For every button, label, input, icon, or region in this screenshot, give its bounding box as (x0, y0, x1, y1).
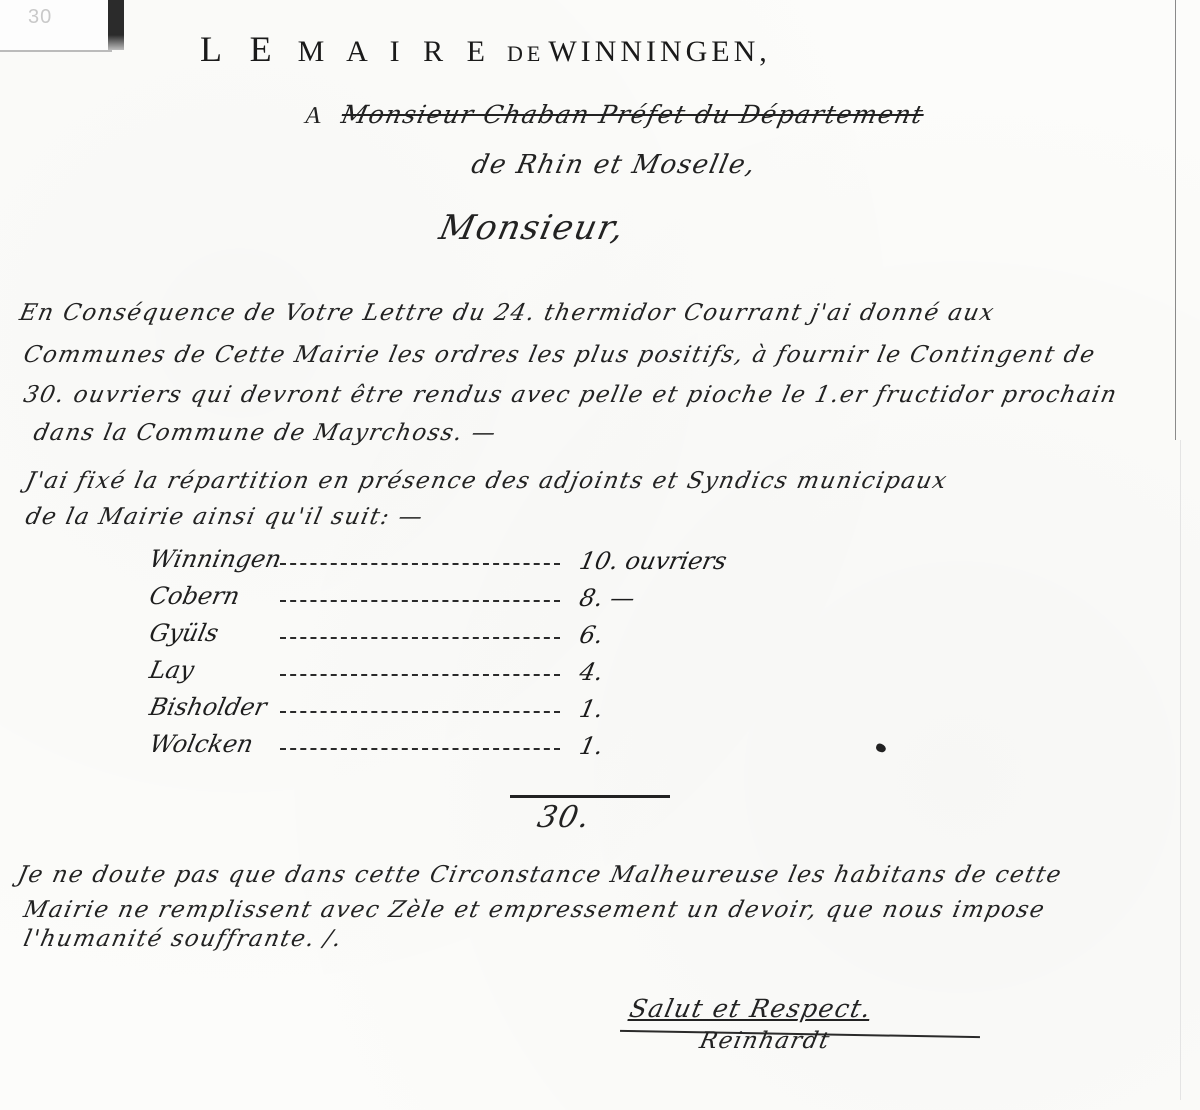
closing-formula: Salut et Respect. (627, 994, 875, 1023)
right-margin-line (1175, 0, 1176, 440)
address-line-1: AMonsieur Chaban Préfet du Département (302, 100, 927, 130)
body-line: dans la Commune de Mayrchoss. — (31, 420, 499, 446)
conclusion-line: Mairie ne remplissent avec Zèle et empre… (21, 897, 1048, 923)
commune-name: Wolcken (147, 730, 256, 758)
worker-count: 4. (577, 658, 606, 686)
document-page: 30 L E M A I R E DE WINNINGEN, AMonsieur… (0, 0, 1200, 1110)
ink-blot (875, 743, 887, 754)
worker-count: 10. ouvriers (577, 547, 729, 575)
address-prefix: A (302, 103, 326, 129)
leader-dashes (280, 637, 560, 639)
body-line: 30. ouvriers qui devront être rendus ave… (21, 382, 1120, 408)
commune-name: Gyüls (147, 619, 221, 647)
commune-name: Bisholder (147, 693, 269, 721)
letterhead-commune: WINNINGEN, (548, 35, 770, 68)
table-row: Gyüls 6. (150, 619, 750, 656)
table-row: Bisholder 1. (150, 693, 750, 730)
repartition-table: Winningen 10. ouvriers Cobern 8. — Gyüls… (150, 545, 750, 767)
worker-count: 8. — (577, 584, 637, 612)
leader-dashes (280, 674, 560, 676)
body-line: de la Mairie ainsi qu'il suit: — (23, 504, 426, 530)
salutation: Monsieur, (436, 208, 629, 248)
table-row: Cobern 8. — (150, 582, 750, 619)
body-line: Communes de Cette Mairie les ordres les … (21, 342, 1098, 368)
body-line: J'ai fixé la répartition en présence des… (23, 468, 950, 494)
letterhead: L E M A I R E DE WINNINGEN, (200, 28, 771, 70)
letterhead-maire: M A I R E (298, 35, 493, 68)
leader-dashes (280, 600, 560, 602)
leader-dashes (280, 711, 560, 713)
leader-dashes (280, 748, 560, 750)
address-line-2: de Rhin et Moselle, (469, 150, 759, 180)
total-count: 30. (534, 800, 594, 835)
table-row: Winningen 10. ouvriers (150, 545, 750, 582)
conclusion-line: Je ne doute pas que dans cette Circonsta… (15, 862, 1064, 888)
signature: Reinhardt (697, 1028, 833, 1054)
letterhead-le: L E (200, 29, 282, 69)
total-rule (510, 795, 670, 798)
worker-count: 1. (577, 695, 606, 723)
table-row: Wolcken 1. (150, 730, 750, 767)
binding-edge (108, 0, 124, 50)
archive-number: 30 (28, 6, 52, 29)
conclusion-line: l'humanité souffrante. /. (21, 926, 345, 952)
letterhead-de: DE (507, 41, 544, 66)
right-margin-line-faint (1180, 440, 1181, 1100)
table-row: Lay 4. (150, 656, 750, 693)
commune-name: Cobern (147, 582, 242, 610)
commune-name: Winningen (147, 545, 284, 573)
commune-name: Lay (147, 656, 197, 684)
addressee: Monsieur Chaban Préfet du Département (339, 100, 927, 129)
leader-dashes (280, 563, 560, 565)
worker-count: 6. (577, 621, 606, 649)
body-line: En Conséquence de Votre Lettre du 24. th… (17, 300, 997, 326)
worker-count: 1. (577, 732, 606, 760)
archive-label: 30 (0, 0, 112, 52)
